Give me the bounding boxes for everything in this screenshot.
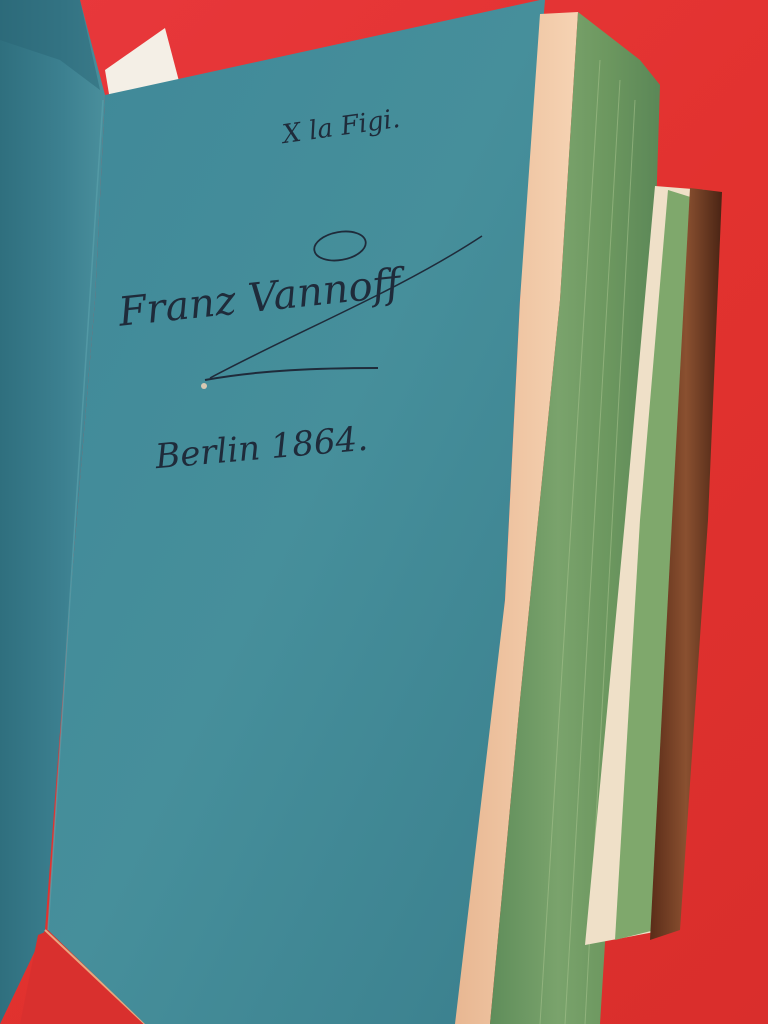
right-endpaper xyxy=(48,0,545,1024)
book-photo-illustration xyxy=(0,0,768,1024)
